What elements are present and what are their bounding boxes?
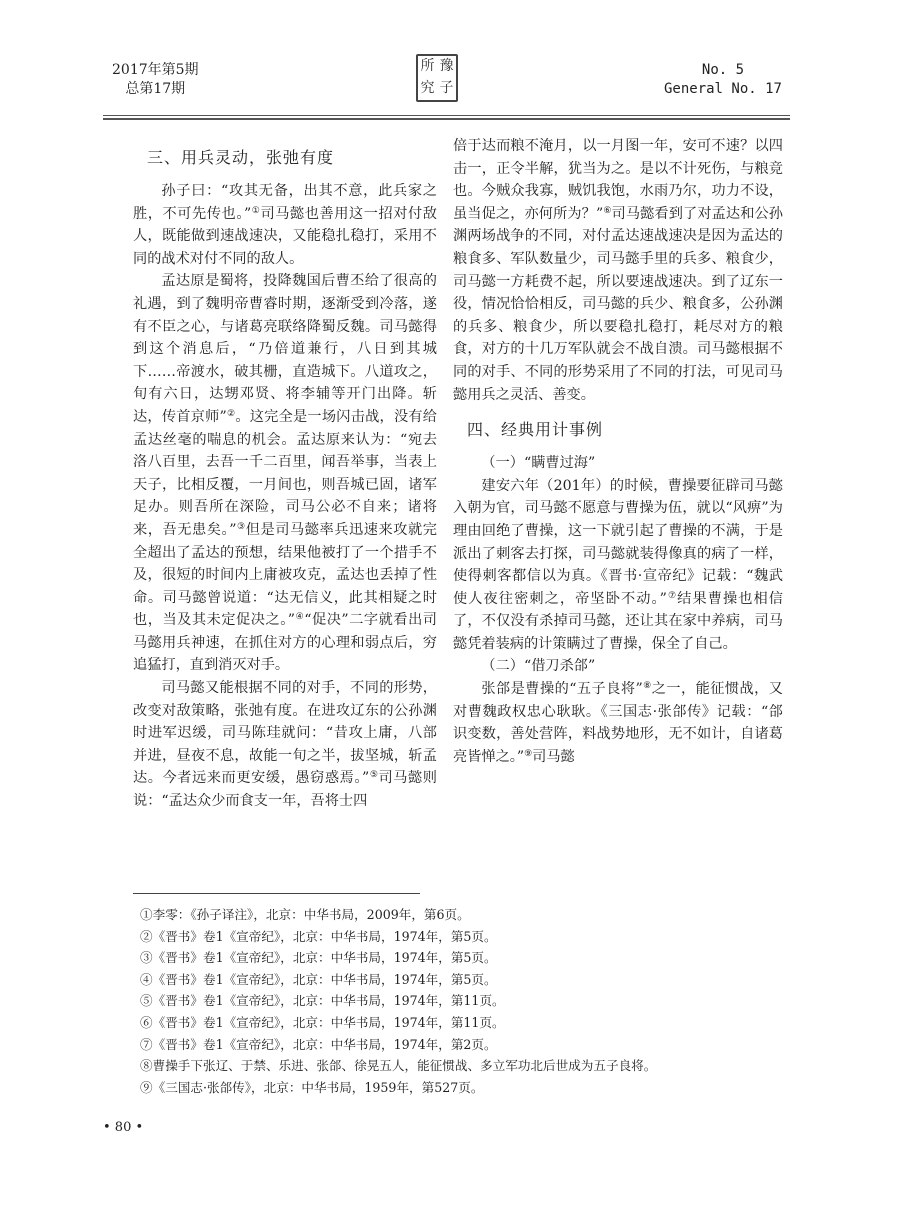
issue-no: No. 5 (664, 61, 782, 80)
paragraph: 张郃是曹操的“五子良将”⑧之一，能征惯战，又对曹魏政权忠心耿耿。《三国志·张郃传… (453, 678, 783, 768)
journal-logo: 所 豫 究 子 (416, 54, 458, 102)
footnote: ①李零：《孙子译注》，北京：中华书局，2009年，第6页。 (140, 904, 790, 926)
section-heading: 四、经典用计事例 (467, 418, 783, 442)
footnote-separator (133, 893, 420, 894)
general-no: General No. 17 (664, 80, 782, 99)
logo-char: 所 (418, 56, 437, 78)
issue-total: 总第17期 (112, 80, 199, 99)
paragraph: 司马懿又能根据不同的对手，不同的形势，改变对敌策略，张弛有度。在进攻辽东的公孙渊… (133, 677, 437, 813)
footnote: ④《晋书》卷1《宣帝纪》，北京：中华书局，1974年，第5页。 (140, 969, 790, 991)
header-rule (103, 115, 790, 116)
footnote-ref[interactable]: ⑦ (667, 591, 677, 601)
subsection-heading: （二）“借刀杀郃” (453, 655, 783, 678)
footnote: ⑦《晋书》卷1《宣帝纪》，北京：中华书局，1974年，第2页。 (140, 1034, 790, 1056)
paragraph: 建安六年（201年）的时候，曹操要征辟司马懿入朝为官，司马懿不愿意与曹操为伍，就… (453, 475, 783, 656)
paragraph: 孟达原是蜀将，投降魏国后曹丕给了很高的礼遇，到了魏明帝曹睿时期，逐渐受到冷落，遂… (133, 270, 437, 677)
issue-year: 2017年第5期 (112, 61, 199, 80)
journal-issue: 2017年第5期 总第17期 (112, 61, 199, 99)
footnote: ⑧曹操手下张辽、于禁、乐进、张郃、徐晃五人，能征惯战、多立军功北后世成为五子良将… (140, 1055, 790, 1077)
right-column: 倍于达而粮不淹月，以一月图一年，安可不速？以四击一，正令半解，犹当为之。是以不计… (453, 135, 783, 768)
logo-char: 子 (437, 78, 456, 100)
footnotes: ①李零：《孙子译注》，北京：中华书局，2009年，第6页。 ②《晋书》卷1《宣帝… (140, 904, 790, 1098)
footnote: ②《晋书》卷1《宣帝纪》，北京：中华书局，1974年，第5页。 (140, 926, 790, 948)
header-rule-thick (103, 118, 790, 120)
paragraph: 孙子曰：“攻其无备，出其不意，此兵家之胜，不可先传也。”①司马懿也善用这一招对付… (133, 180, 437, 270)
footnote-ref[interactable]: ⑥ (603, 206, 611, 216)
subsection-heading: （一）“瞒曹过海” (453, 452, 783, 475)
page-number: • 80 • (103, 1120, 143, 1135)
footnote: ⑨《三国志·张郃传》，北京：中华书局，1959年，第527页。 (140, 1077, 790, 1099)
journal-number: No. 5 General No. 17 (664, 61, 782, 99)
footnote-ref[interactable]: ④ (295, 612, 304, 622)
paragraph: 倍于达而粮不淹月，以一月图一年，安可不速？以四击一，正令半解，犹当为之。是以不计… (453, 135, 783, 406)
logo-char: 究 (418, 78, 437, 100)
footnote: ⑥《晋书》卷1《宣帝纪》，北京：中华书局，1974年，第11页。 (140, 1012, 790, 1034)
logo-char: 豫 (437, 56, 456, 78)
footnote-ref[interactable]: ⑤ (369, 770, 378, 780)
footnote-ref[interactable]: ③ (236, 522, 245, 532)
footnote-ref[interactable]: ⑨ (524, 749, 532, 759)
footnote: ⑤《晋书》卷1《宣帝纪》，北京：中华书局，1974年，第11页。 (140, 990, 790, 1012)
left-column: 三、用兵灵动，张弛有度 孙子曰：“攻其无备，出其不意，此兵家之胜，不可先传也。”… (133, 138, 437, 813)
section-heading: 三、用兵灵动，张弛有度 (147, 146, 437, 170)
footnote: ③《晋书》卷1《宣帝纪》，北京：中华书局，1974年，第5页。 (140, 947, 790, 969)
footnote-ref[interactable]: ⑧ (643, 681, 652, 691)
